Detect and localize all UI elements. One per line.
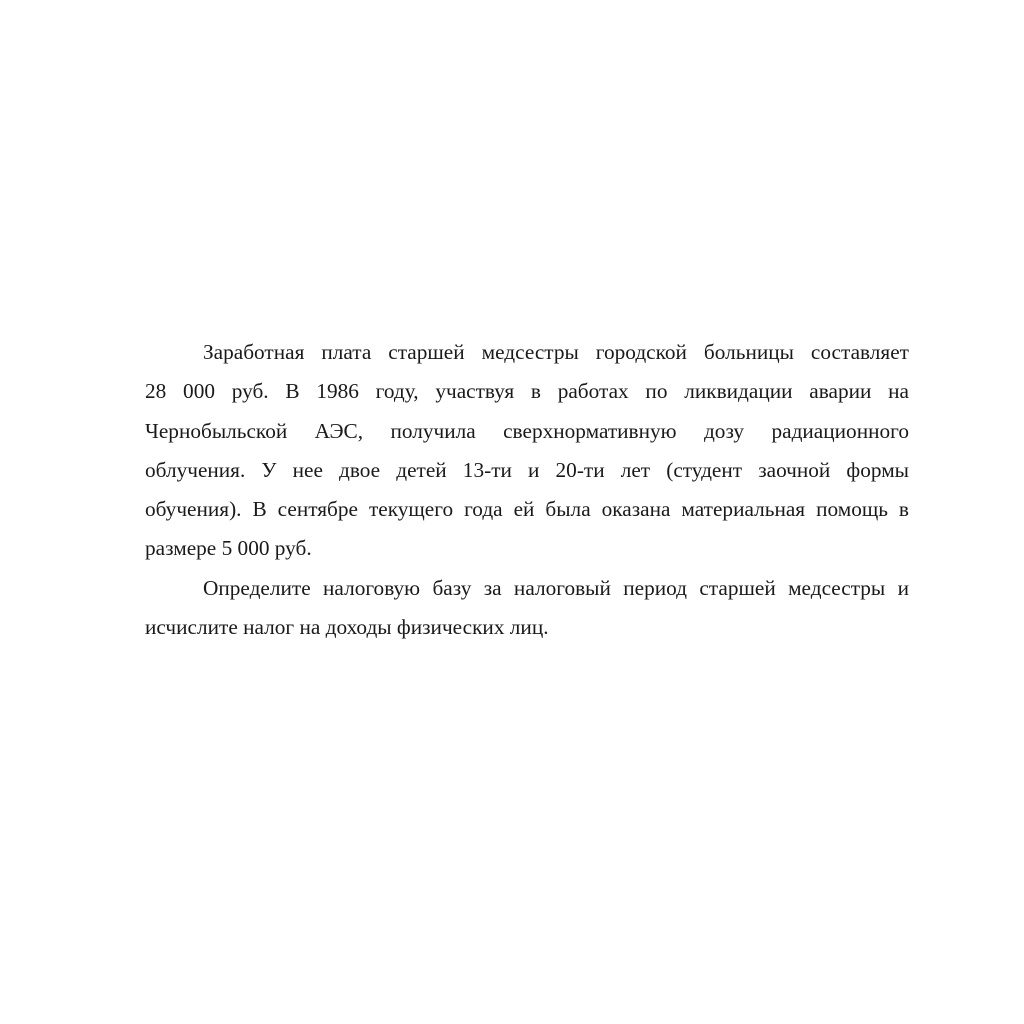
text-line: облучения. У нее двое детей 13-ти и 20-т… bbox=[145, 451, 909, 490]
text-line: Заработная плата старшей медсестры город… bbox=[145, 333, 909, 372]
text-line: Определите налоговую базу за налоговый п… bbox=[145, 569, 909, 608]
text-line: исчислите налог на доходы физических лиц… bbox=[145, 608, 909, 647]
paragraph-task-question: Определите налоговую базу за налоговый п… bbox=[145, 569, 909, 648]
text-line: обучения). В сентябре текущего года ей б… bbox=[145, 490, 909, 529]
document-page: Заработная плата старшей медсестры город… bbox=[0, 0, 1024, 1024]
task-text: Заработная плата старшей медсестры город… bbox=[145, 333, 909, 647]
text-line: Чернобыльской АЭС, получила сверхнормати… bbox=[145, 412, 909, 451]
paragraph-problem-statement: Заработная плата старшей медсестры город… bbox=[145, 333, 909, 569]
text-line: 28 000 руб. В 1986 году, участвуя в рабо… bbox=[145, 372, 909, 411]
text-line: размере 5 000 руб. bbox=[145, 529, 909, 568]
